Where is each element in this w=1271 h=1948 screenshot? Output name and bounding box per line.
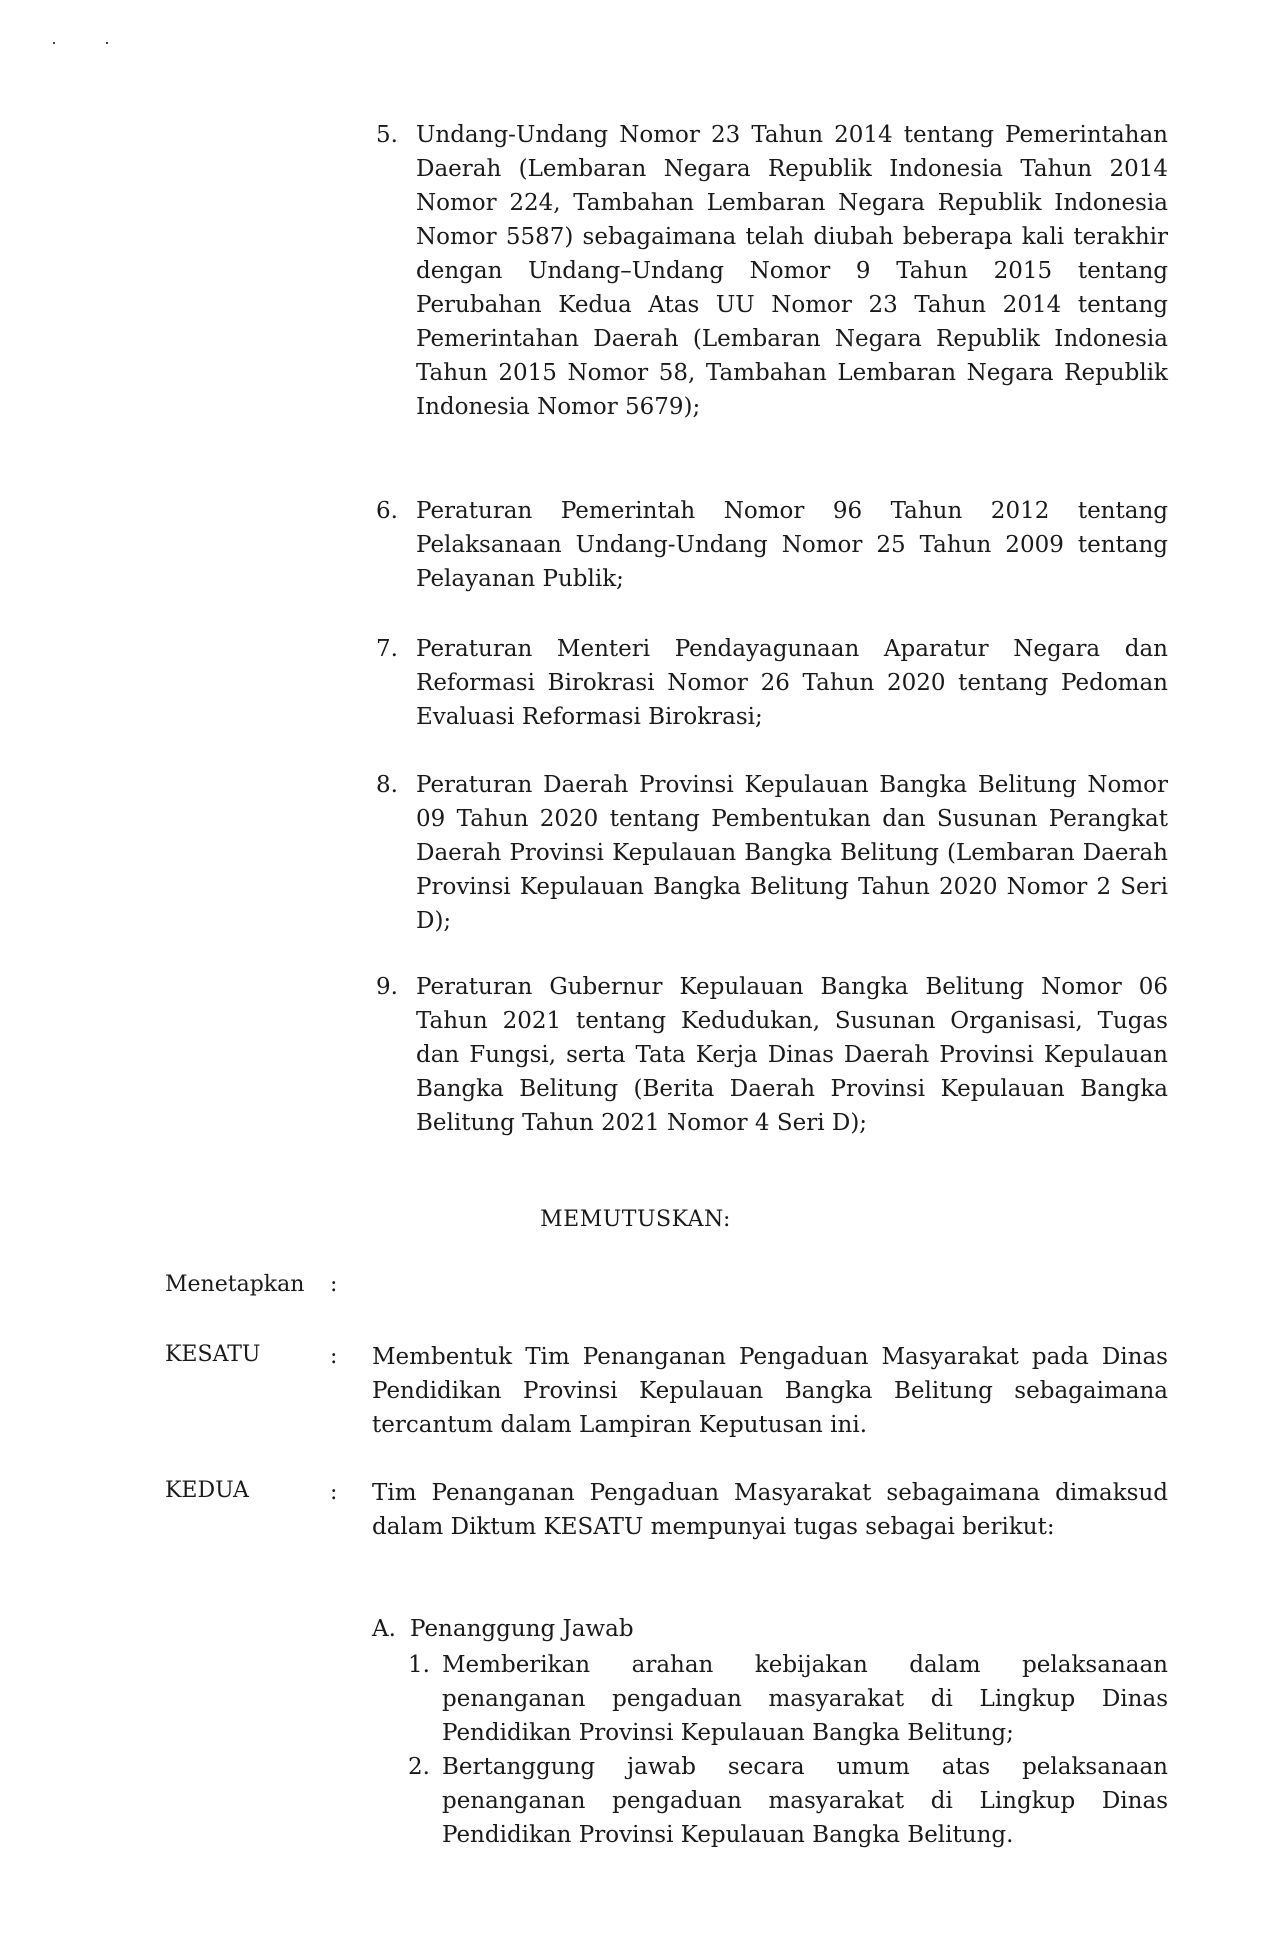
consideration-item-8: 8. Peraturan Daerah Provinsi Kepulauan B… [376,768,1168,938]
consideration-item-6: 6. Peraturan Pemerintah Nomor 96 Tahun 2… [376,494,1168,596]
item-text: Memberikan arahan kebijakan dalam pelaks… [442,1648,1168,1750]
item-number: 7. [376,632,416,666]
item-text: Undang-Undang Nomor 23 Tahun 2014 tentan… [416,118,1168,424]
diktum-label-kedua: KEDUA [165,1474,249,1508]
consideration-item-9: 9. Peraturan Gubernur Kepulauan Bangka B… [376,970,1168,1140]
document-page: 5. Undang-Undang Nomor 23 Tahun 2014 ten… [0,0,1271,1948]
diktum-text-kesatu: Membentuk Tim Penanganan Pengaduan Masya… [372,1340,1168,1442]
diktum-text-kedua: Tim Penanganan Pengaduan Masyarakat seba… [372,1476,1168,1544]
scan-speck [53,42,55,44]
item-number: 6. [376,494,416,528]
item-text: Peraturan Gubernur Kepulauan Bangka Beli… [416,970,1168,1140]
item-number: 5. [376,118,416,152]
diktum-colon: : [330,1340,337,1374]
item-number: 1. [408,1648,442,1682]
section-title: Penanggung Jawab [410,1616,634,1642]
scan-speck [106,42,108,44]
item-text: Bertanggung jawab secara umum atas pelak… [442,1750,1168,1852]
item-text: Peraturan Pemerintah Nomor 96 Tahun 2012… [416,494,1168,596]
task-item-1: 1. Memberikan arahan kebijakan dalam pel… [408,1648,1168,1750]
establish-colon: : [330,1268,337,1302]
item-text: Peraturan Daerah Provinsi Kepulauan Bang… [416,768,1168,938]
item-number: 9. [376,970,416,1004]
consideration-item-5: 5. Undang-Undang Nomor 23 Tahun 2014 ten… [376,118,1168,424]
diktum-colon: : [330,1476,337,1510]
consideration-item-7: 7. Peraturan Menteri Pendayagunaan Apara… [376,632,1168,734]
item-number: 8. [376,768,416,802]
item-number: 2. [408,1750,442,1784]
item-text: Peraturan Menteri Pendayagunaan Aparatur… [416,632,1168,734]
diktum-label-kesatu: KESATU [165,1338,260,1372]
section-letter: A. [372,1612,410,1646]
decision-heading: MEMUTUSKAN: [0,1207,1271,1232]
task-section-a: A.Penanggung Jawab [372,1612,634,1646]
task-item-2: 2. Bertanggung jawab secara umum atas pe… [408,1750,1168,1852]
establish-label: Menetapkan [165,1268,304,1302]
